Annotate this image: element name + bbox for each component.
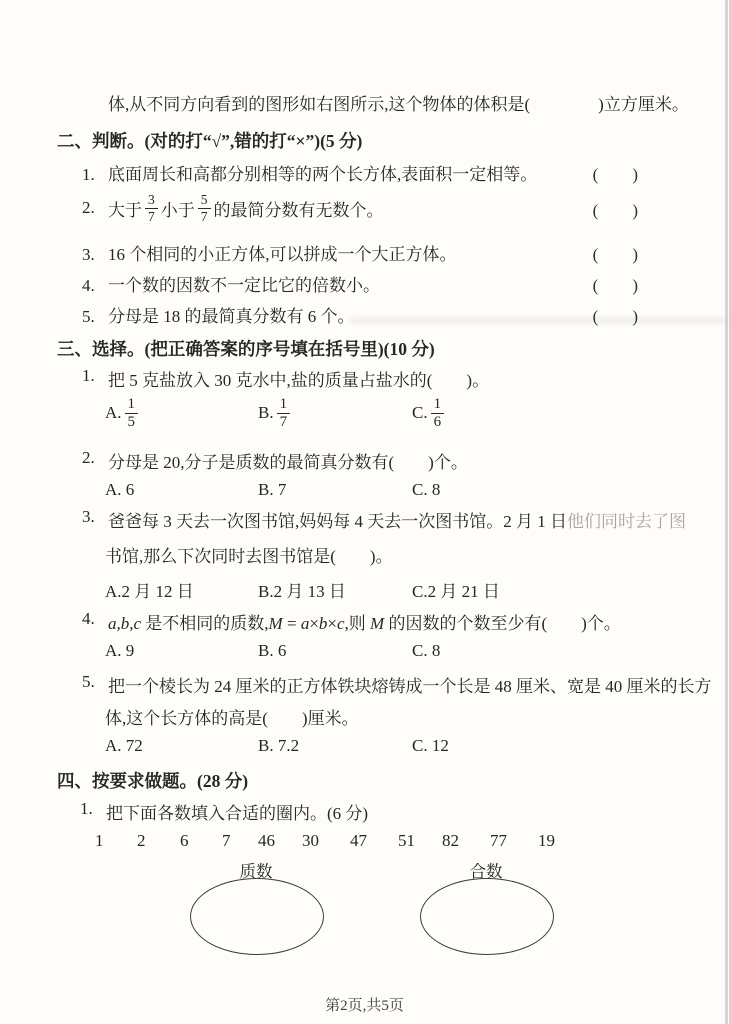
option-c: C.2 月 21 日 [412, 577, 500, 602]
fraction: 16 [431, 396, 445, 431]
choice-q5: 5. 把一个棱长为 24 厘米的正方体铁块熔铸成一个长是 48 厘米、宽是 40… [82, 672, 712, 697]
number-item: 19 [538, 831, 555, 851]
item-number: 3. [82, 507, 108, 532]
question-continuation-line: 体,从不同方向看到的图形如右图所示,这个物体的体积是( )立方厘米。 [108, 90, 689, 115]
number-item: 30 [302, 831, 319, 851]
option-c: C. 8 [412, 641, 440, 661]
option-label: C. [412, 403, 428, 423]
fraction-denominator: 7 [145, 208, 158, 224]
option-a: A.15 [105, 396, 141, 431]
option-a: A.2 月 12 日 [105, 577, 194, 602]
math-var: a,b,c [108, 614, 141, 633]
fraction: 57 [198, 192, 211, 223]
number-item: 46 [258, 831, 275, 851]
answer-blank[interactable]: ( ) [593, 196, 638, 221]
number-item: 2 [137, 831, 146, 851]
text-segment: ,则 [345, 614, 371, 633]
fraction: 15 [125, 396, 139, 431]
fraction: 37 [145, 192, 158, 223]
number-item: 77 [490, 831, 507, 851]
item-number: 2. [82, 448, 108, 473]
item-number: 1. [82, 165, 108, 185]
fraction-numerator: 5 [198, 192, 211, 207]
number-item: 82 [442, 831, 459, 851]
section-choice-title-sub: (把正确答案的序号填在括号里)(10 分) [145, 339, 435, 359]
text-segment: 是不相同的质数, [141, 614, 269, 633]
item-text: a,b,c 是不相同的质数,M = a×b×c,则 M 的因数的个数至少有( )… [108, 609, 621, 634]
item-number: 4. [82, 609, 108, 634]
section-choice-title-main: 三、选择。 [57, 339, 145, 359]
option-a: A. 9 [105, 641, 134, 661]
choice-q2-options: A. 6 B. 7 C. 8 [105, 480, 665, 504]
text-segment: 爸爸每 3 天去一次图书馆,妈妈每 4 天去一次图书馆。2 月 1 日 [108, 512, 567, 531]
choice-q3: 3. 爸爸每 3 天去一次图书馆,妈妈每 4 天去一次图书馆。2 月 1 日他们… [82, 507, 686, 532]
item-text: 把 5 克盐放入 30 克水中,盐的质量占盐水的( )。 [108, 366, 489, 391]
item-number: 3. [82, 245, 108, 265]
item-number: 1. [82, 366, 108, 391]
text-segment: 小于 [161, 196, 195, 221]
choice-q3-line2: 书馆,那么下次同时去图书馆是( )。 [105, 542, 393, 567]
option-b: B. 7.2 [258, 736, 299, 756]
option-b: B. 7 [258, 480, 286, 500]
item-text: 把一个棱长为 24 厘米的正方体铁块熔铸成一个长是 48 厘米、宽是 40 厘米… [108, 672, 712, 697]
section-choice-title: 三、选择。(把正确答案的序号填在括号里)(10 分) [57, 336, 435, 361]
fill-q1: 1. 把下面各数填入合适的圈内。(6 分) [80, 799, 368, 824]
number-item: 6 [180, 831, 189, 851]
fraction-numerator: 3 [145, 192, 158, 207]
section-fill-title-sub: (28 分) [197, 771, 248, 791]
math-var: M [370, 614, 384, 633]
option-c: C.16 [412, 396, 447, 431]
choice-q2: 2. 分母是 20,分子是质数的最简真分数有( )个。 [82, 448, 468, 473]
choice-q1-options: A.15 B.17 C.16 [105, 396, 665, 442]
math-var: c [337, 614, 345, 633]
text-segment-faded: 他们同时去了图 [567, 512, 686, 531]
option-a: A. 6 [105, 480, 134, 500]
page-footer: 第2页,共5页 [0, 994, 729, 1015]
judge-item-2: 2. 大于 37 小于 57 的最简分数有无数个。 ( ) [82, 186, 638, 230]
item-number: 4. [82, 276, 108, 296]
option-c: C. 12 [412, 736, 449, 756]
option-b: B. 6 [258, 641, 286, 661]
item-text: 底面周长和高都分别相等的两个长方体,表面积一定相等。 [108, 160, 593, 185]
scan-smudge [350, 317, 729, 324]
choice-q5-options: A. 72 B. 7.2 C. 12 [105, 736, 665, 760]
choice-q5-line2: 体,这个长方体的高是( )厘米。 [105, 704, 359, 729]
fraction-numerator: 1 [125, 396, 139, 413]
answer-blank[interactable]: ( ) [593, 240, 638, 265]
numbers-row: 1 2 6 7 46 30 47 51 82 77 19 [0, 831, 729, 853]
number-item: 51 [398, 831, 415, 851]
answer-blank[interactable]: ( ) [593, 160, 638, 185]
composite-circle[interactable] [420, 878, 554, 955]
item-number: 1. [80, 799, 106, 824]
text-segment: × [327, 614, 337, 633]
item-text: 16 个相同的小正方体,可以拼成一个大正方体。 [108, 240, 593, 265]
number-item: 47 [350, 831, 367, 851]
option-label: B. [258, 403, 274, 423]
item-number: 2. [82, 198, 108, 218]
math-var: M [269, 614, 283, 633]
choice-q4-options: A. 9 B. 6 C. 8 [105, 641, 665, 665]
number-item: 1 [95, 831, 104, 851]
item-text: 把下面各数填入合适的圈内。(6 分) [106, 799, 368, 824]
item-text: 大于 37 小于 57 的最简分数有无数个。 [108, 192, 593, 223]
judge-item-4: 4. 一个数的因数不一定比它的倍数小。 ( ) [82, 271, 638, 296]
choice-q3-options: A.2 月 12 日 B.2 月 13 日 C.2 月 21 日 [105, 577, 665, 601]
text-segment: 大于 [108, 196, 142, 221]
answer-blank[interactable]: ( ) [593, 271, 638, 296]
prime-circle[interactable] [190, 878, 324, 955]
item-text: 一个数的因数不一定比它的倍数小。 [108, 271, 593, 296]
choice-q4: 4. a,b,c 是不相同的质数,M = a×b×c,则 M 的因数的个数至少有… [82, 609, 621, 634]
section-fill-title: 四、按要求做题。(28 分) [57, 768, 248, 793]
text-segment: = [283, 614, 301, 633]
fraction-denominator: 5 [125, 413, 139, 431]
option-label: A. [105, 403, 122, 423]
option-b: B.2 月 13 日 [258, 577, 346, 602]
section-judge-title-sub: (对的打“√”,错的打“×”)(5 分) [145, 131, 363, 151]
item-text: 爸爸每 3 天去一次图书馆,妈妈每 4 天去一次图书馆。2 月 1 日他们同时去… [108, 507, 686, 532]
option-b: B.17 [258, 396, 293, 431]
text-segment: 的因数的个数至少有( )个。 [384, 614, 621, 633]
page-edge-line [725, 0, 728, 1024]
option-c: C. 8 [412, 480, 440, 500]
fraction-numerator: 1 [277, 396, 291, 413]
text-segment: × [309, 614, 319, 633]
fraction-denominator: 7 [277, 413, 291, 431]
judge-item-1: 1. 底面周长和高都分别相等的两个长方体,表面积一定相等。 ( ) [82, 160, 638, 185]
item-text: 分母是 20,分子是质数的最简真分数有( )个。 [108, 448, 468, 473]
section-fill-title-main: 四、按要求做题。 [57, 771, 197, 791]
fraction-denominator: 6 [431, 413, 445, 431]
item-number: 5. [82, 307, 108, 327]
option-a: A. 72 [105, 736, 143, 756]
item-number: 5. [82, 672, 108, 697]
number-item: 7 [222, 831, 231, 851]
fraction-denominator: 7 [198, 208, 211, 224]
exam-paper-page: 体,从不同方向看到的图形如右图所示,这个物体的体积是( )立方厘米。 二、判断。… [0, 0, 729, 1024]
section-judge-title-main: 二、判断。 [57, 131, 145, 151]
fraction-numerator: 1 [431, 396, 445, 413]
judge-item-3: 3. 16 个相同的小正方体,可以拼成一个大正方体。 ( ) [82, 240, 638, 265]
choice-q1: 1. 把 5 克盐放入 30 克水中,盐的质量占盐水的( )。 [82, 366, 489, 391]
text-segment: 的最简分数有无数个。 [214, 196, 384, 221]
section-judge-title: 二、判断。(对的打“√”,错的打“×”)(5 分) [57, 128, 362, 153]
fraction: 17 [277, 396, 291, 431]
